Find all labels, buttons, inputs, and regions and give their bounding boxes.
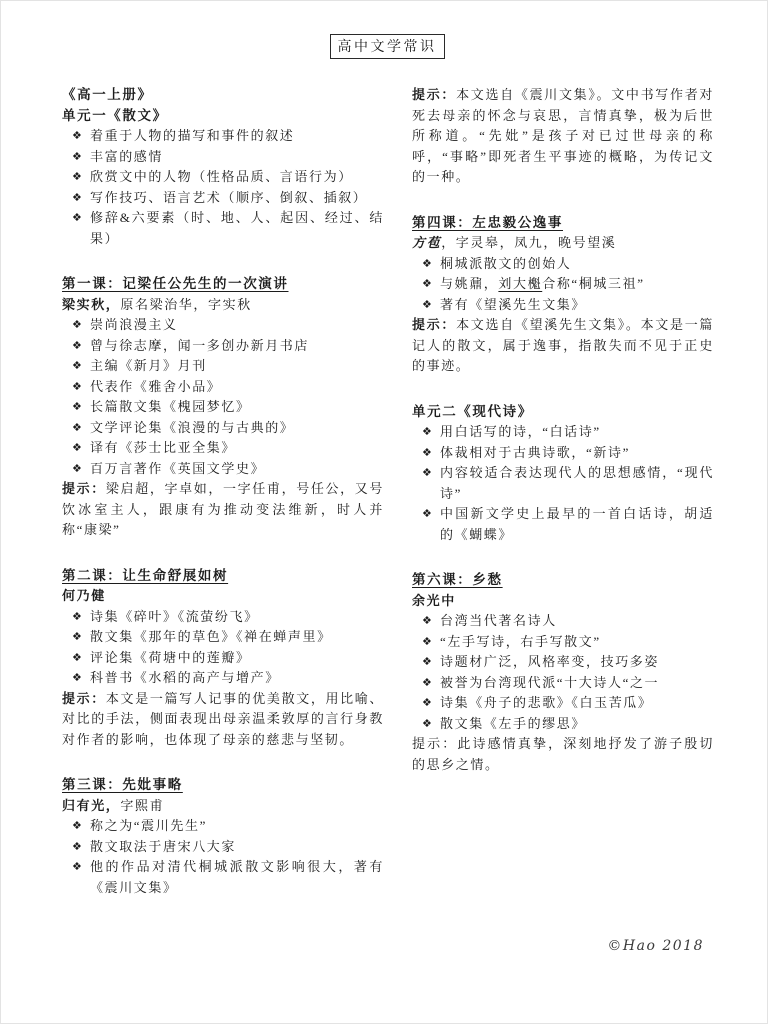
list-item: ❖ 称之为“震川先生” [62, 816, 384, 837]
tip-label: 提示： [62, 691, 106, 706]
list-item: ❖ 桐城派散文的创始人 [412, 254, 714, 275]
list-item-text: 散文集《那年的草色》《禅在蝉声里》 [90, 627, 384, 648]
list-item-text: 主编《新月》月刊 [90, 356, 384, 377]
list-item: ❖ “左手写诗，右手写散文” [412, 632, 714, 653]
list-item: ❖ 评论集《荷塘中的莲瓣》 [62, 648, 384, 669]
author-name: 梁实秋， [62, 297, 120, 312]
list-item-text: 体裁相对于古典诗歌，“新诗” [440, 443, 714, 464]
diamond-bullet-icon: ❖ [62, 147, 90, 168]
diamond-bullet-icon: ❖ [62, 126, 90, 147]
list-item: ❖ 科普书《水稻的高产与增产》 [62, 668, 384, 689]
list-item-text: 诗集《舟子的悲歌》《白玉苦瓜》 [440, 693, 714, 714]
diamond-bullet-icon: ❖ [62, 668, 90, 689]
list-item-text: 散文取法于唐宋八大家 [90, 837, 384, 858]
two-column-layout: 《高一上册》 单元一《散文》 ❖ 着重于人物的描写和事件的叙述 ❖ 丰富的感情 [62, 85, 712, 898]
list-item: ❖ 文学评论集《浪漫的与古典的》 [62, 418, 384, 439]
author-detail: ，字灵皋，凤九，晚号望溪 [441, 235, 616, 250]
list-item-text: 台湾当代著名诗人 [440, 611, 714, 632]
tip-paragraph: 提示：本文选自《震川文集》。文中书写作者对死去母亲的怀念与哀思，言情真挚，极为后… [412, 85, 714, 188]
section-lesson1: 第一课：记梁任公先生的一次演讲 梁实秋，原名梁治华，字实秋 ❖ 崇尚浪漫主义 ❖… [62, 274, 384, 541]
list-item-text: 曾与徐志摩，闻一多创办新月书店 [90, 336, 384, 357]
diamond-bullet-icon: ❖ [412, 652, 440, 673]
list-item-text: 著有《望溪先生文集》 [440, 295, 714, 316]
diamond-bullet-icon: ❖ [412, 714, 440, 735]
book-title: 《高一上册》 [62, 85, 384, 106]
author-line: 余光中 [412, 591, 714, 612]
lesson-heading: 第三课：先妣事略 [62, 775, 384, 796]
list-item: ❖ 被誉为台湾现代派“十大诗人“之一 [412, 673, 714, 694]
diamond-bullet-icon: ❖ [412, 254, 440, 275]
section-unit1-prose: 《高一上册》 单元一《散文》 ❖ 着重于人物的描写和事件的叙述 ❖ 丰富的感情 [62, 85, 384, 249]
list-item-text: 译有《莎士比亚全集》 [90, 438, 384, 459]
author-name: 方苞 [412, 235, 441, 250]
document-page: 高中文学常识 《高一上册》 单元一《散文》 ❖ 着重于人物的描写和事件的叙述 ❖ [0, 0, 768, 1024]
diamond-bullet-icon: ❖ [412, 443, 440, 464]
author-line: 归有光，字熙甫 [62, 796, 384, 817]
list-item: ❖ 著有《望溪先生文集》 [412, 295, 714, 316]
list-item: ❖ 诗集《舟子的悲歌》《白玉苦瓜》 [412, 693, 714, 714]
list-item-text: 用白话写的诗，“白话诗” [440, 422, 714, 443]
author-line: 何乃健 [62, 586, 384, 607]
diamond-bullet-icon: ❖ [412, 673, 440, 694]
section-unit2-modern-poetry: 单元二《现代诗》 ❖ 用白话写的诗，“白话诗” ❖ 体裁相对于古典诗歌，“新诗” [412, 402, 714, 546]
list-item: ❖ 内容较适合表达现代人的思想感情，“现代诗” [412, 463, 714, 504]
list-item: ❖ 修辞&六要素（时、地、人、起因、经过、结果） [62, 208, 384, 249]
diamond-bullet-icon: ❖ [412, 422, 440, 443]
list-item: ❖ 他的作品对清代桐城派散文影响很大，著有《震川文集》 [62, 857, 384, 898]
list-item: ❖ 主编《新月》月刊 [62, 356, 384, 377]
author-line: 梁实秋，原名梁治华，字实秋 [62, 295, 384, 316]
lesson-heading: 第二课：让生命舒展如树 [62, 566, 384, 587]
section-lesson3: 第三课：先妣事略 归有光，字熙甫 ❖ 称之为“震川先生” ❖ 散文取法于唐宋八大… [62, 775, 384, 898]
tip-label: 提示： [412, 736, 457, 751]
right-column: 提示：本文选自《震川文集》。文中书写作者对死去母亲的怀念与哀思，言情真挚，极为后… [412, 85, 714, 898]
diamond-bullet-icon: ❖ [412, 463, 440, 484]
list-item-text: 丰富的感情 [90, 147, 384, 168]
diamond-bullet-icon: ❖ [412, 295, 440, 316]
bullet-list: ❖ 诗集《碎叶》《流萤纷飞》 ❖ 散文集《那年的草色》《禅在蝉声里》 ❖ 评论集… [62, 607, 384, 689]
diamond-bullet-icon: ❖ [412, 632, 440, 653]
list-item-text: 诗题材广泛，风格率变，技巧多姿 [440, 652, 714, 673]
list-item: ❖ 与姚鼐，刘大櫆合称“桐城三祖” [412, 274, 714, 295]
diamond-bullet-icon: ❖ [62, 816, 90, 837]
tip-text: 梁启超，字卓如，一字任甫，号任公，又号饮冰室主人，跟康有为推动变法维新，时人并称… [62, 481, 384, 537]
list-item-text: 他的作品对清代桐城派散文影响很大，著有《震川文集》 [90, 857, 384, 898]
list-item-text: 代表作《雅舍小品》 [90, 377, 384, 398]
list-item-text: 崇尚浪漫主义 [90, 315, 384, 336]
tip-text: 本文是一篇写人记事的优美散文，用比喻、对比的手法，侧面表现出母亲温柔敦厚的言行身… [62, 691, 384, 747]
list-item: ❖ 百万言著作《英国文学史》 [62, 459, 384, 480]
list-item-text: 科普书《水稻的高产与增产》 [90, 668, 384, 689]
author-name: 何乃健 [62, 588, 106, 603]
list-item: ❖ 长篇散文集《槐园梦忆》 [62, 397, 384, 418]
list-item-text: 与姚鼐，刘大櫆合称“桐城三祖” [440, 274, 714, 295]
copyright-footer: ©Hao 2018 [607, 938, 704, 954]
list-item: ❖ 欣赏文中的人物（性格品质、言语行为） [62, 167, 384, 188]
diamond-bullet-icon: ❖ [62, 857, 90, 878]
diamond-bullet-icon: ❖ [62, 418, 90, 439]
list-item-text: 百万言著作《英国文学史》 [90, 459, 384, 480]
diamond-bullet-icon: ❖ [62, 356, 90, 377]
diamond-bullet-icon: ❖ [62, 397, 90, 418]
list-item: ❖ 体裁相对于古典诗歌，“新诗” [412, 443, 714, 464]
list-item-text: 文学评论集《浪漫的与古典的》 [90, 418, 384, 439]
section-lesson3-tip: 提示：本文选自《震川文集》。文中书写作者对死去母亲的怀念与哀思，言情真挚，极为后… [412, 85, 714, 188]
list-item-text: 散文集《左手的缪思》 [440, 714, 714, 735]
list-item-text: 被誉为台湾现代派“十大诗人“之一 [440, 673, 714, 694]
list-item: ❖ 诗题材广泛，风格率变，技巧多姿 [412, 652, 714, 673]
list-item-text: 内容较适合表达现代人的思想感情，“现代诗” [440, 463, 714, 504]
section-lesson4: 第四课：左忠毅公逸事 方苞，字灵皋，凤九，晚号望溪 ❖ 桐城派散文的创始人 ❖ … [412, 213, 714, 377]
tip-text: 本文选自《震川文集》。文中书写作者对死去母亲的怀念与哀思，言情真挚，极为后世所称… [412, 87, 714, 184]
bullet-list: ❖ 桐城派散文的创始人 ❖ 与姚鼐，刘大櫆合称“桐城三祖” ❖ 著有《望溪先生文… [412, 254, 714, 316]
diamond-bullet-icon: ❖ [62, 377, 90, 398]
diamond-bullet-icon: ❖ [62, 459, 90, 480]
list-item: ❖ 着重于人物的描写和事件的叙述 [62, 126, 384, 147]
bullet-list: ❖ 着重于人物的描写和事件的叙述 ❖ 丰富的感情 ❖ 欣赏文中的人物（性格品质、… [62, 126, 384, 249]
bullet-list: ❖ 称之为“震川先生” ❖ 散文取法于唐宋八大家 ❖ 他的作品对清代桐城派散文影… [62, 816, 384, 898]
diamond-bullet-icon: ❖ [62, 438, 90, 459]
list-item: ❖ 曾与徐志摩，闻一多创办新月书店 [62, 336, 384, 357]
list-item-text: 评论集《荷塘中的莲瓣》 [90, 648, 384, 669]
author-detail: 字熙甫 [120, 798, 164, 813]
list-item: ❖ 译有《莎士比亚全集》 [62, 438, 384, 459]
unit-heading: 单元一《散文》 [62, 106, 384, 127]
diamond-bullet-icon: ❖ [62, 336, 90, 357]
unit-heading: 单元二《现代诗》 [412, 402, 714, 423]
tip-text: 本文选自《望溪先生文集》。本文是一篇记人的散文，属于逸事，指散失而不见于正史的事… [412, 317, 714, 373]
left-column: 《高一上册》 单元一《散文》 ❖ 着重于人物的描写和事件的叙述 ❖ 丰富的感情 [62, 85, 384, 898]
diamond-bullet-icon: ❖ [62, 627, 90, 648]
bullet-list: ❖ 台湾当代著名诗人 ❖ “左手写诗，右手写散文” ❖ 诗题材广泛，风格率变，技… [412, 611, 714, 734]
author-name: 余光中 [412, 593, 456, 608]
section-lesson2: 第二课：让生命舒展如树 何乃健 ❖ 诗集《碎叶》《流萤纷飞》 ❖ 散文集《那年的… [62, 566, 384, 751]
diamond-bullet-icon: ❖ [412, 504, 440, 525]
diamond-bullet-icon: ❖ [412, 274, 440, 295]
tip-paragraph: 提示：本文是一篇写人记事的优美散文，用比喻、对比的手法，侧面表现出母亲温柔敦厚的… [62, 689, 384, 751]
page-title: 高中文学常识 [330, 34, 445, 59]
list-item: ❖ 崇尚浪漫主义 [62, 315, 384, 336]
tip-paragraph: 提示：本文选自《望溪先生文集》。本文是一篇记人的散文，属于逸事，指散失而不见于正… [412, 315, 714, 377]
tip-label: 提示： [412, 317, 456, 332]
list-item-text: 桐城派散文的创始人 [440, 254, 714, 275]
diamond-bullet-icon: ❖ [62, 188, 90, 209]
list-item: ❖ 台湾当代著名诗人 [412, 611, 714, 632]
diamond-bullet-icon: ❖ [412, 611, 440, 632]
section-lesson6: 第六课：乡愁 余光中 ❖ 台湾当代著名诗人 ❖ “左手写诗，右手写散文” [412, 570, 714, 775]
tip-paragraph: 提示：此诗感情真挚，深刻地抒发了游子殷切的思乡之情。 [412, 734, 714, 775]
bullet-list: ❖ 用白话写的诗，“白话诗” ❖ 体裁相对于古典诗歌，“新诗” ❖ 内容较适合表… [412, 422, 714, 545]
diamond-bullet-icon: ❖ [62, 167, 90, 188]
tip-label: 提示： [412, 87, 456, 102]
list-item: ❖ 用白话写的诗，“白话诗” [412, 422, 714, 443]
tip-label: 提示： [62, 481, 106, 496]
list-item: ❖ 中国新文学史上最早的一首白话诗，胡适的《蝴蝶》 [412, 504, 714, 545]
list-item-text: “左手写诗，右手写散文” [440, 632, 714, 653]
list-item: ❖ 丰富的感情 [62, 147, 384, 168]
diamond-bullet-icon: ❖ [412, 693, 440, 714]
author-name: 归有光， [62, 798, 120, 813]
list-item: ❖ 散文集《左手的缪思》 [412, 714, 714, 735]
list-item: ❖ 散文集《那年的草色》《禅在蝉声里》 [62, 627, 384, 648]
diamond-bullet-icon: ❖ [62, 837, 90, 858]
author-line: 方苞，字灵皋，凤九，晚号望溪 [412, 233, 714, 254]
list-item-text: 诗集《碎叶》《流萤纷飞》 [90, 607, 384, 628]
diamond-bullet-icon: ❖ [62, 315, 90, 336]
list-item-text: 着重于人物的描写和事件的叙述 [90, 126, 384, 147]
lesson-heading: 第一课：记梁任公先生的一次演讲 [62, 274, 384, 295]
tip-text: 此诗感情真挚，深刻地抒发了游子殷切的思乡之情。 [412, 736, 714, 772]
diamond-bullet-icon: ❖ [62, 648, 90, 669]
list-item-text: 修辞&六要素（时、地、人、起因、经过、结果） [90, 208, 384, 249]
list-item-text: 称之为“震川先生” [90, 816, 384, 837]
tip-paragraph: 提示：梁启超，字卓如，一字任甫，号任公，又号饮冰室主人，跟康有为推动变法维新，时… [62, 479, 384, 541]
list-item: ❖ 诗集《碎叶》《流萤纷飞》 [62, 607, 384, 628]
list-item-text: 长篇散文集《槐园梦忆》 [90, 397, 384, 418]
list-item: ❖ 散文取法于唐宋八大家 [62, 837, 384, 858]
bullet-list: ❖ 崇尚浪漫主义 ❖ 曾与徐志摩，闻一多创办新月书店 ❖ 主编《新月》月刊 [62, 315, 384, 479]
list-item: ❖ 代表作《雅舍小品》 [62, 377, 384, 398]
list-item: ❖ 写作技巧、语言艺术（顺序、倒叙、插叙） [62, 188, 384, 209]
list-item-text: 写作技巧、语言艺术（顺序、倒叙、插叙） [90, 188, 384, 209]
diamond-bullet-icon: ❖ [62, 607, 90, 628]
lesson-heading: 第六课：乡愁 [412, 570, 714, 591]
list-item-text: 欣赏文中的人物（性格品质、言语行为） [90, 167, 384, 188]
diamond-bullet-icon: ❖ [62, 208, 90, 229]
author-detail: 原名梁治华，字实秋 [120, 297, 251, 312]
underlined-name: 刘大櫆 [498, 276, 542, 291]
lesson-heading: 第四课：左忠毅公逸事 [412, 213, 714, 234]
list-item-text: 中国新文学史上最早的一首白话诗，胡适的《蝴蝶》 [440, 504, 714, 545]
